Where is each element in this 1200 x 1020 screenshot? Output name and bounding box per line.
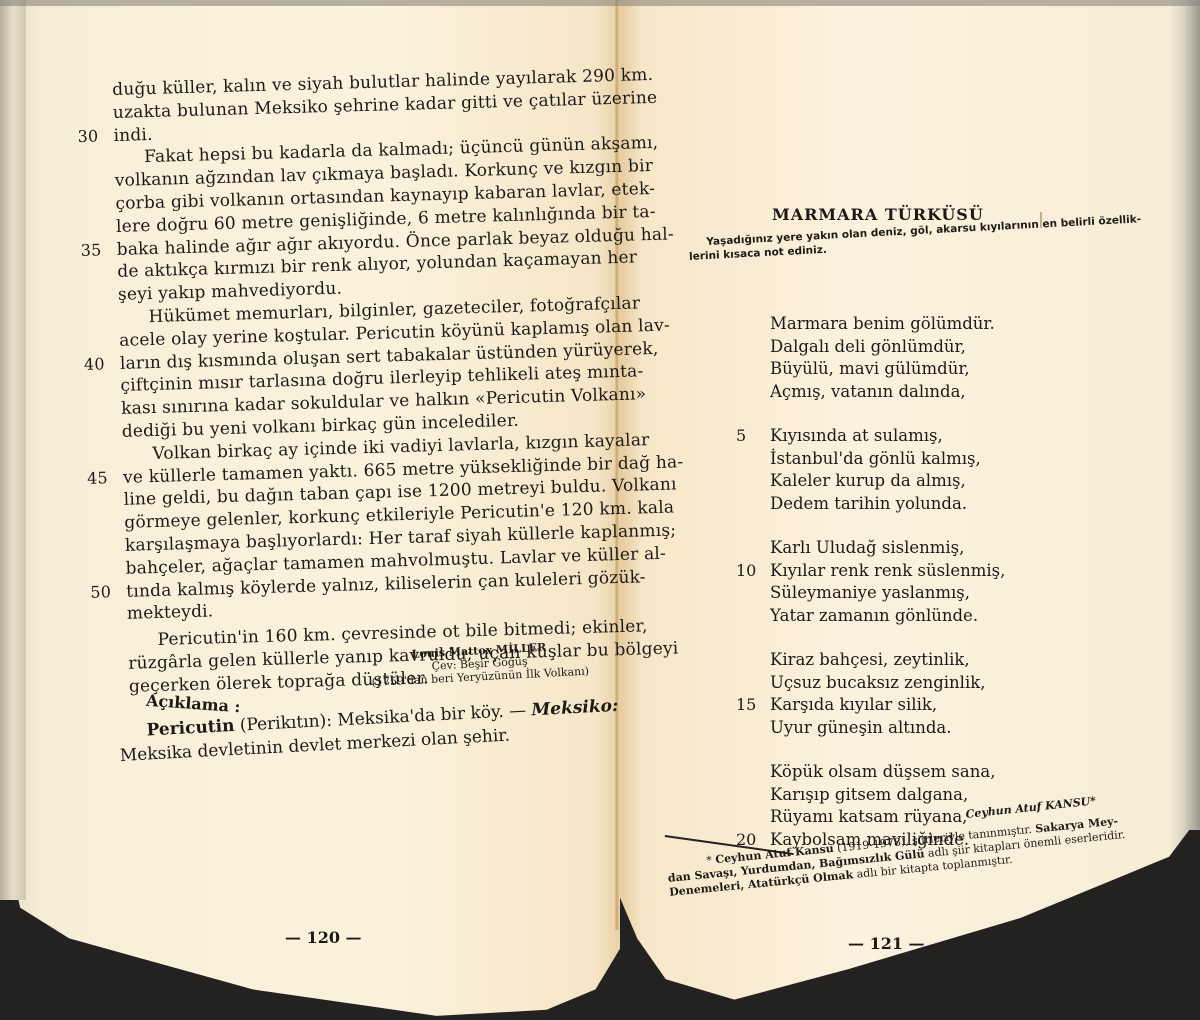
poem-line: Uçsuz bucaksız zenginlik, [770, 673, 1005, 696]
line-number: 50 [90, 582, 111, 602]
left-body-text: duğu küller, kalın ve siyah bulutlar hal… [112, 67, 599, 699]
poem-line: Dalgalı deli gönlümdür, [770, 337, 1005, 360]
poem-line: Kiraz bahçesi, zeytinlik, [770, 650, 1005, 673]
line-number: 35 [80, 240, 101, 260]
poem-line: Karışıp gitsem dalgana, [770, 785, 1005, 808]
left-page-edges [0, 0, 26, 900]
line-number: 40 [84, 354, 105, 374]
line-number: 30 [77, 126, 98, 146]
line-number: 5 [736, 426, 746, 445]
page-number-left: — 120 — [285, 928, 362, 947]
poem-line: İstanbul'da gönlü kalmış, [770, 449, 1005, 472]
poem-body: Marmara benim gölümdür. Dalgalı deli gön… [770, 314, 1005, 852]
poem-line: 10Kıyılar renk renk süslenmiş, [770, 561, 1005, 584]
line-number: 45 [87, 468, 108, 488]
poem-line: Karlı Uludağ sislenmiş, [770, 538, 1005, 561]
poem-line: Uyur güneşin altında. [770, 718, 1005, 741]
poem-line: Dedem tarihin yolunda. [770, 494, 1005, 517]
line-number: 10 [736, 561, 756, 580]
poem-line: 5Kıyısında at sulamış, [770, 426, 1005, 449]
poem-line: Büyülü, mavi gülümdür, [770, 359, 1005, 382]
line-number: 15 [736, 695, 756, 714]
poem-line: Açmış, vatanın dalında, [770, 382, 1005, 405]
poem-line: Yatar zamanın gönlünde. [770, 606, 1005, 629]
page-number-right: — 121 — [848, 934, 925, 953]
poem-line: Kaleler kurup da almış, [770, 471, 1005, 494]
top-shadow [0, 0, 1200, 6]
open-book: duğu küller, kalın ve siyah bulutlar hal… [0, 0, 1200, 1020]
poem-line: Köpük olsam düşsem sana, [770, 762, 1005, 785]
poem-line: Marmara benim gölümdür. [770, 314, 1005, 337]
poem-line: Süleymaniye yaslanmış, [770, 583, 1005, 606]
right-page-edges [1186, 0, 1200, 830]
poem-line: 15Karşıda kıyılar silik, [770, 695, 1005, 718]
